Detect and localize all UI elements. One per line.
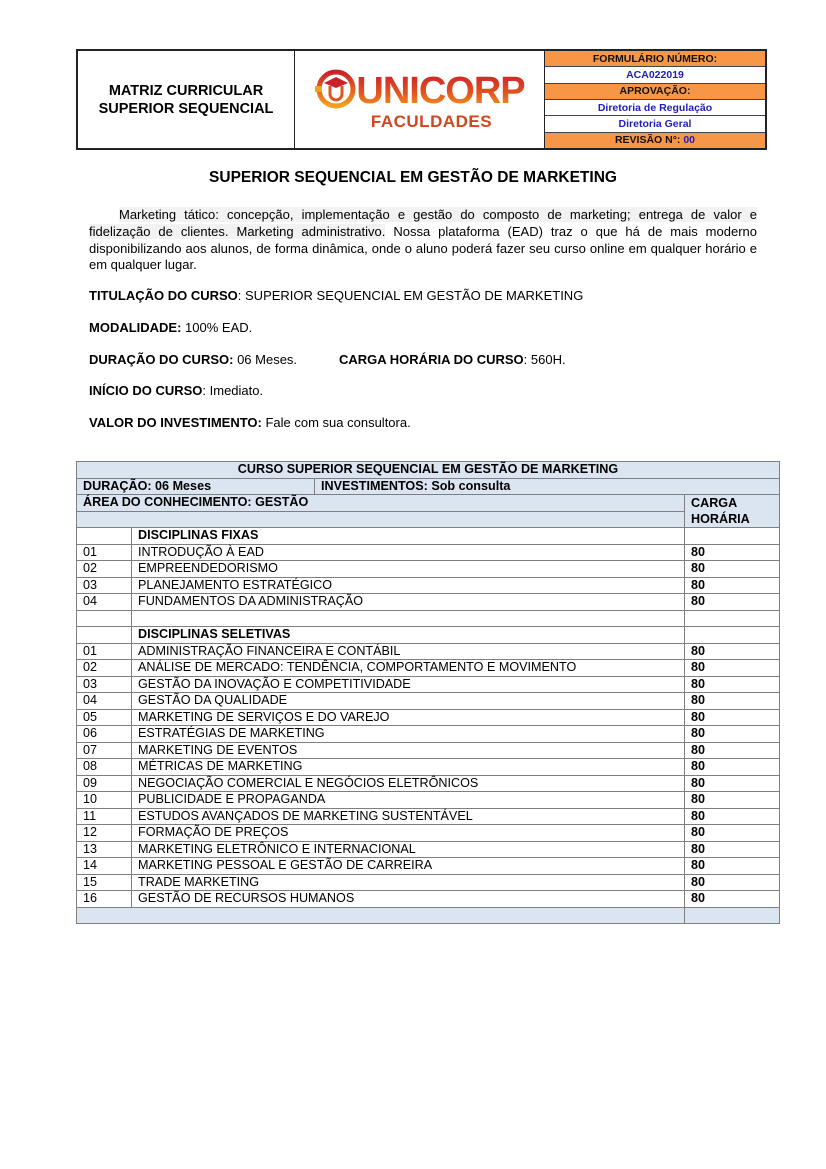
empty-cell — [132, 610, 685, 627]
discipline-hours: 80 — [685, 726, 780, 743]
discipline-number: 07 — [77, 742, 132, 759]
revision-value: 00 — [683, 134, 695, 146]
discipline-hours: 80 — [685, 825, 780, 842]
discipline-hours: 80 — [685, 858, 780, 875]
discipline-name: MARKETING DE SERVIÇOS E DO VAREJO — [132, 709, 685, 726]
discipline-name: MARKETING PESSOAL E GESTÃO DE CARREIRA — [132, 858, 685, 875]
discipline-name: PUBLICIDADE E PROPAGANDA — [132, 792, 685, 809]
curriculum-table: CURSO SUPERIOR SEQUENCIAL EM GESTÃO DE M… — [76, 461, 780, 924]
discipline-hours: 80 — [685, 891, 780, 908]
approval-2: Diretoria Geral — [545, 116, 765, 132]
field-value: : 560H. — [524, 352, 566, 367]
table-row: 16GESTÃO DE RECURSOS HUMANOS80 — [77, 891, 780, 908]
field-value: : Imediato. — [202, 383, 263, 398]
field-label: MODALIDADE: — [89, 320, 181, 335]
discipline-name: NEGOCIAÇÃO COMERCIAL E NEGÓCIOS ELETRÔNI… — [132, 775, 685, 792]
discipline-hours: 80 — [685, 544, 780, 561]
discipline-hours: 80 — [685, 874, 780, 891]
field-label: INÍCIO DO CURSO — [89, 383, 202, 398]
table-row: 07MARKETING DE EVENTOS80 — [77, 742, 780, 759]
discipline-number: 16 — [77, 891, 132, 908]
table-row: 04GESTÃO DA QUALIDADE80 — [77, 693, 780, 710]
discipline-name: INTRODUÇÃO À EAD — [132, 544, 685, 561]
discipline-name: FORMAÇÃO DE PREÇOS — [132, 825, 685, 842]
discipline-number: 09 — [77, 775, 132, 792]
discipline-hours: 80 — [685, 643, 780, 660]
page-title: SUPERIOR SEQUENCIAL EM GESTÃO DE MARKETI… — [0, 169, 826, 187]
discipline-name: GESTÃO DA QUALIDADE — [132, 693, 685, 710]
discipline-number: 03 — [77, 676, 132, 693]
discipline-name: ANÁLISE DE MERCADO: TENDÊNCIA, COMPORTAM… — [132, 660, 685, 677]
discipline-number: 02 — [77, 660, 132, 677]
empty-cell — [77, 610, 132, 627]
form-number: ACA022019 — [545, 67, 765, 83]
discipline-hours: 80 — [685, 693, 780, 710]
discipline-hours: 80 — [685, 775, 780, 792]
field-label: TITULAÇÃO DO CURSO — [89, 288, 238, 303]
table-row: 08MÉTRICAS DE MARKETING80 — [77, 759, 780, 776]
discipline-hours: 80 — [685, 561, 780, 578]
discipline-number: 03 — [77, 577, 132, 594]
discipline-number: 01 — [77, 643, 132, 660]
discipline-hours: 80 — [685, 676, 780, 693]
table-row: 09NEGOCIAÇÃO COMERCIAL E NEGÓCIOS ELETRÔ… — [77, 775, 780, 792]
table-row: 02ANÁLISE DE MERCADO: TENDÊNCIA, COMPORT… — [77, 660, 780, 677]
discipline-hours: 80 — [685, 577, 780, 594]
discipline-number: 08 — [77, 759, 132, 776]
discipline-number: 01 — [77, 544, 132, 561]
discipline-hours: 80 — [685, 709, 780, 726]
field-inicio: INÍCIO DO CURSO: Imediato. — [89, 383, 263, 398]
approval-label: APROVAÇÃO: — [545, 84, 765, 100]
header-title-line2: SUPERIOR SEQUENCIAL — [99, 100, 274, 118]
approval-1: Diretoria de Regulação — [545, 100, 765, 116]
table-area: ÁREA DO CONHECIMENTO: GESTÃO — [77, 495, 685, 512]
table-row: 15TRADE MARKETING80 — [77, 874, 780, 891]
discipline-number: 13 — [77, 841, 132, 858]
field-value: 100% EAD. — [181, 320, 252, 335]
discipline-number: 15 — [77, 874, 132, 891]
discipline-number: 10 — [77, 792, 132, 809]
header-title-line1: MATRIZ CURRICULAR — [99, 82, 274, 100]
logo-wordmark: UNICORP — [356, 72, 524, 110]
table-investimentos: INVESTIMENTOS: Sob consulta — [315, 478, 780, 495]
table-row: 05MARKETING DE SERVIÇOS E DO VAREJO80 — [77, 709, 780, 726]
field-modalidade: MODALIDADE: 100% EAD. — [89, 320, 252, 335]
table-row: 01INTRODUÇÃO À EAD80 — [77, 544, 780, 561]
discipline-hours: 80 — [685, 792, 780, 809]
document-header: MATRIZ CURRICULAR SUPERIOR SEQUENCIAL — [76, 49, 767, 150]
table-footer — [685, 907, 780, 924]
revision: REVISÃO N°: 00 — [545, 133, 765, 148]
table-row: 14MARKETING PESSOAL E GESTÃO DE CARREIRA… — [77, 858, 780, 875]
logo: UNICORP FACULDADES — [295, 51, 545, 148]
table-row: 11ESTUDOS AVANÇADOS DE MARKETING SUSTENT… — [77, 808, 780, 825]
empty-cell — [685, 627, 780, 644]
fixas-label: DISCIPLINAS FIXAS — [132, 528, 685, 545]
intro-paragraph: Marketing tático: concepção, implementaç… — [89, 207, 757, 274]
graduation-cap-icon — [314, 67, 356, 114]
table-duracao: DURAÇÃO: 06 Meses — [77, 478, 315, 495]
discipline-hours: 80 — [685, 841, 780, 858]
discipline-name: GESTÃO DA INOVAÇÃO E COMPETITIVIDADE — [132, 676, 685, 693]
empty-cell — [685, 528, 780, 545]
table-row: 04FUNDAMENTOS DA ADMINISTRAÇÃO80 — [77, 594, 780, 611]
empty-cell — [685, 610, 780, 627]
discipline-name: GESTÃO DE RECURSOS HUMANOS — [132, 891, 685, 908]
logo-subtitle: FACULDADES — [371, 112, 492, 132]
table-row: 01ADMINISTRAÇÃO FINANCEIRA E CONTÁBIL80 — [77, 643, 780, 660]
table-row: 02EMPREENDEDORISMO80 — [77, 561, 780, 578]
empty-cell — [77, 528, 132, 545]
carga-header-line2: HORÁRIA — [691, 512, 750, 526]
carga-header-line1: CARGA — [691, 496, 737, 510]
field-valor: VALOR DO INVESTIMENTO: Fale com sua cons… — [89, 415, 411, 430]
field-value: 06 Meses. — [233, 352, 297, 367]
discipline-hours: 80 — [685, 594, 780, 611]
discipline-number: 04 — [77, 693, 132, 710]
discipline-name: TRADE MARKETING — [132, 874, 685, 891]
field-label: CARGA HORÁRIA DO CURSO — [339, 352, 524, 367]
table-spacer — [77, 511, 685, 528]
discipline-hours: 80 — [685, 660, 780, 677]
discipline-number: 05 — [77, 709, 132, 726]
discipline-number: 02 — [77, 561, 132, 578]
field-duracao: DURAÇÃO DO CURSO: 06 Meses. — [89, 352, 297, 367]
form-number-label: FORMULÁRIO NÚMERO: — [545, 51, 765, 67]
discipline-name: PLANEJAMENTO ESTRATÉGICO — [132, 577, 685, 594]
discipline-name: MARKETING ELETRÔNICO E INTERNACIONAL — [132, 841, 685, 858]
field-value: : SUPERIOR SEQUENCIAL EM GESTÃO DE MARKE… — [238, 288, 584, 303]
discipline-number: 11 — [77, 808, 132, 825]
table-carga-header: CARGAHORÁRIA — [685, 495, 780, 528]
empty-cell — [77, 627, 132, 644]
table-row: 12FORMAÇÃO DE PREÇOS80 — [77, 825, 780, 842]
table-row: 10PUBLICIDADE E PROPAGANDA80 — [77, 792, 780, 809]
field-label: DURAÇÃO DO CURSO: — [89, 352, 233, 367]
field-label: VALOR DO INVESTIMENTO: — [89, 415, 262, 430]
discipline-number: 04 — [77, 594, 132, 611]
field-titulacao: TITULAÇÃO DO CURSO: SUPERIOR SEQUENCIAL … — [89, 288, 583, 303]
discipline-number: 06 — [77, 726, 132, 743]
table-row: 03PLANEJAMENTO ESTRATÉGICO80 — [77, 577, 780, 594]
discipline-hours: 80 — [685, 759, 780, 776]
table-row: 06ESTRATÉGIAS DE MARKETING80 — [77, 726, 780, 743]
seletivas-label: DISCIPLINAS SELETIVAS — [132, 627, 685, 644]
table-title: CURSO SUPERIOR SEQUENCIAL EM GESTÃO DE M… — [77, 462, 780, 479]
form-info: FORMULÁRIO NÚMERO: ACA022019 APROVAÇÃO: … — [545, 51, 765, 148]
discipline-name: FUNDAMENTOS DA ADMINISTRAÇÃO — [132, 594, 685, 611]
field-carga: CARGA HORÁRIA DO CURSO: 560H. — [339, 352, 566, 367]
field-value: Fale com sua consultora. — [262, 415, 411, 430]
discipline-name: MARKETING DE EVENTOS — [132, 742, 685, 759]
table-row: 03GESTÃO DA INOVAÇÃO E COMPETITIVIDADE80 — [77, 676, 780, 693]
table-footer — [77, 907, 685, 924]
revision-label: REVISÃO N°: — [615, 134, 680, 146]
discipline-hours: 80 — [685, 742, 780, 759]
discipline-name: ADMINISTRAÇÃO FINANCEIRA E CONTÁBIL — [132, 643, 685, 660]
discipline-hours: 80 — [685, 808, 780, 825]
table-row: 13MARKETING ELETRÔNICO E INTERNACIONAL80 — [77, 841, 780, 858]
header-title: MATRIZ CURRICULAR SUPERIOR SEQUENCIAL — [78, 51, 295, 148]
discipline-name: ESTRATÉGIAS DE MARKETING — [132, 726, 685, 743]
discipline-name: EMPREENDEDORISMO — [132, 561, 685, 578]
discipline-number: 14 — [77, 858, 132, 875]
discipline-name: ESTUDOS AVANÇADOS DE MARKETING SUSTENTÁV… — [132, 808, 685, 825]
discipline-number: 12 — [77, 825, 132, 842]
discipline-name: MÉTRICAS DE MARKETING — [132, 759, 685, 776]
